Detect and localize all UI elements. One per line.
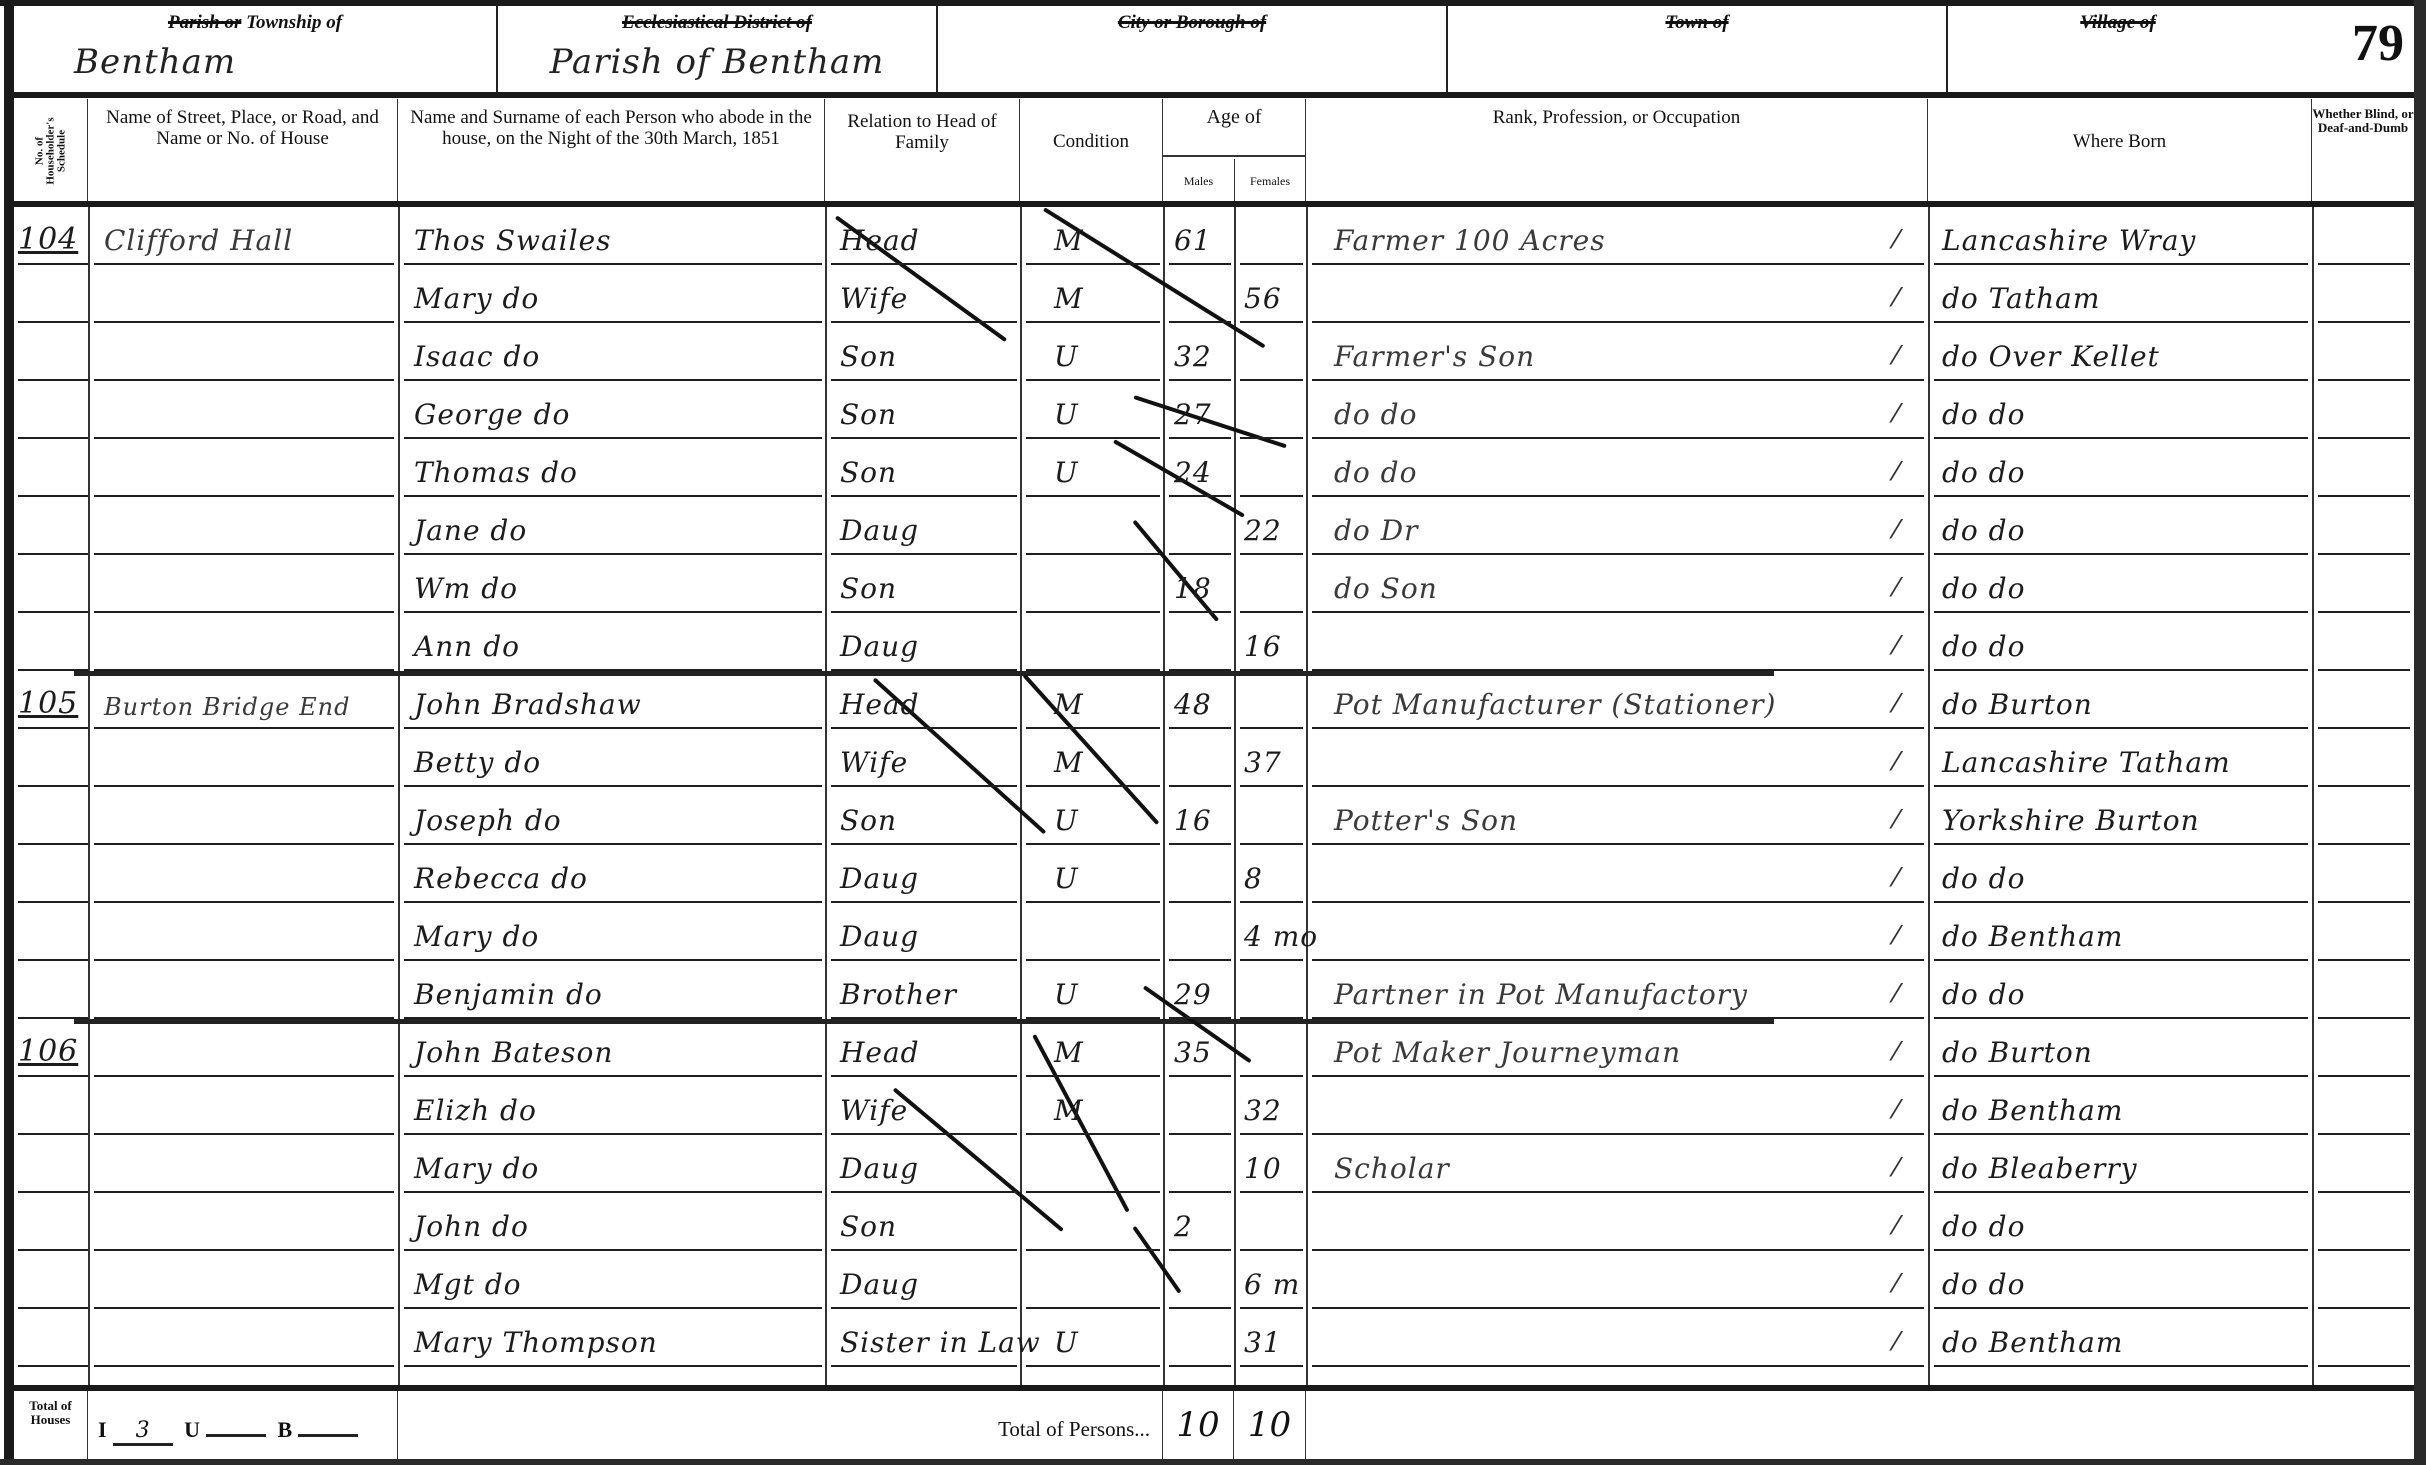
cell-condition: U xyxy=(1054,804,1079,837)
cell-relation: Son xyxy=(840,398,897,431)
row-rule xyxy=(1312,1365,1924,1368)
cell-name: Mgt do xyxy=(414,1268,522,1301)
totals-row: Total of Houses I3 U B Total of Persons.… xyxy=(14,1385,2414,1459)
town-label: Town of xyxy=(1448,12,1946,34)
cell-born: do do xyxy=(1942,630,2025,663)
cell-born: do do xyxy=(1942,1268,2025,1301)
village-label-text: Village of xyxy=(2080,12,2155,33)
cell-born: do do xyxy=(1942,978,2025,1011)
page-border-right xyxy=(2414,0,2426,1465)
census-page: Parish or Township of Bentham Ecclesiast… xyxy=(0,0,2426,1465)
cell-relation: Son xyxy=(840,572,897,605)
col-header-condition: Condition xyxy=(1020,99,1163,203)
cell-name: Mary do xyxy=(414,1152,539,1185)
town-label-text: Town of xyxy=(1665,12,1728,33)
header-district-band: Parish or Township of Bentham Ecclesiast… xyxy=(14,6,2414,93)
table-row: 105Burton Bridge EndJohn BradshawHeadM48… xyxy=(14,671,2414,729)
cell-condition: U xyxy=(1054,1326,1079,1359)
table-row: George doSonU27do dodo do⁄ xyxy=(14,381,2414,439)
total-males: 10 xyxy=(1163,1391,1234,1459)
cell-relation: Daug xyxy=(840,630,919,663)
cell-female: 32 xyxy=(1244,1094,1282,1127)
row-rule xyxy=(18,1365,88,1368)
city-label-text: City or Borough of xyxy=(1118,12,1266,33)
cell-born: do do xyxy=(1942,1210,2025,1243)
col-header-blind: Whether Blind, or Deaf-and-Dumb xyxy=(2312,99,2414,203)
cell-relation: Head xyxy=(840,688,920,721)
col-header-schedule-text: No. of Householder's Schedule xyxy=(34,106,67,196)
cell-female: 22 xyxy=(1244,514,1282,547)
col-header-born: Where Born xyxy=(1928,99,2312,203)
cell-female: 8 xyxy=(1244,862,1263,895)
cell-born: do do xyxy=(1942,514,2025,547)
check-mark-icon: ⁄ xyxy=(1894,979,1898,1009)
cell-born: do do xyxy=(1942,572,2025,605)
cell-relation: Daug xyxy=(840,514,919,547)
cell-relation: Daug xyxy=(840,862,919,895)
cell-male: 32 xyxy=(1174,340,1212,373)
table-row: Isaac doSonU32Farmer's Sondo Over Kellet… xyxy=(14,323,2414,381)
cell-occupation: Scholar xyxy=(1334,1152,1450,1185)
cell-born: Yorkshire Burton xyxy=(1942,804,2200,837)
header-divider xyxy=(14,92,2414,98)
cell-male: 2 xyxy=(1174,1210,1193,1243)
inhabited-label: I xyxy=(98,1417,107,1442)
check-mark-icon: ⁄ xyxy=(1894,457,1898,487)
ecclesiastical-value: Parish of Bentham xyxy=(498,42,936,82)
cell-name: Mary do xyxy=(414,282,539,315)
parish-cell: Parish or Township of Bentham xyxy=(14,6,498,93)
cell-relation: Sister in Law xyxy=(840,1326,1041,1359)
cell-male: 48 xyxy=(1174,688,1212,721)
total-houses-label: Total of Houses xyxy=(14,1391,88,1459)
table-row: Mary ThompsonSister in LawU31do Bentham⁄ xyxy=(14,1309,2414,1367)
cell-relation: Wife xyxy=(840,1094,908,1127)
check-mark-icon: ⁄ xyxy=(1894,515,1898,545)
cell-name: Jane do xyxy=(414,514,527,547)
cell-name: Benjamin do xyxy=(414,978,603,1011)
cell-relation: Head xyxy=(840,1036,920,1069)
cell-condition: M xyxy=(1054,224,1084,257)
check-mark-icon: ⁄ xyxy=(1894,631,1898,661)
col-header-occupation: Rank, Profession, or Occupation xyxy=(1306,99,1928,203)
inhabited-value: 3 xyxy=(113,1418,173,1446)
check-mark-icon: ⁄ xyxy=(1894,747,1898,777)
col-header-age-of: Age of xyxy=(1163,99,1305,157)
parish-label-struck: Parish or xyxy=(168,12,241,33)
cell-relation: Son xyxy=(840,456,897,489)
table-row: Elizh doWifeM32do Bentham⁄ xyxy=(14,1077,2414,1135)
cell-born: do Burton xyxy=(1942,688,2093,721)
table-row: Benjamin doBrotherU29Partner in Pot Manu… xyxy=(14,961,2414,1019)
building-label: B xyxy=(277,1417,292,1442)
cell-name: George do xyxy=(414,398,570,431)
check-mark-icon: ⁄ xyxy=(1894,573,1898,603)
row-rule xyxy=(94,1365,394,1368)
check-mark-icon: ⁄ xyxy=(1894,283,1898,313)
cell-condition: M xyxy=(1054,688,1084,721)
cell-occupation: Potter's Son xyxy=(1334,804,1518,837)
cell-female: 56 xyxy=(1244,282,1282,315)
building-value xyxy=(298,1434,358,1437)
check-mark-icon: ⁄ xyxy=(1894,399,1898,429)
cell-male: 24 xyxy=(1174,456,1212,489)
row-rule xyxy=(1240,1365,1303,1368)
check-mark-icon: ⁄ xyxy=(1894,1269,1898,1299)
table-row: Ann doDaug16do do⁄ xyxy=(14,613,2414,671)
cell-name: Thomas do xyxy=(414,456,578,489)
city-label: City or Borough of xyxy=(938,12,1446,34)
city-cell: City or Borough of xyxy=(938,6,1448,93)
table-row: Mary doWifeM56do Tatham⁄ xyxy=(14,265,2414,323)
cell-name: Betty do xyxy=(414,746,541,779)
page-number: 79 xyxy=(2352,14,2404,73)
cell-schedule: 104 xyxy=(18,222,78,257)
uninhabited-label: U xyxy=(184,1417,200,1442)
cell-name: Thos Swailes xyxy=(414,224,612,257)
census-entries: 104Clifford HallThos SwailesHeadM61Farme… xyxy=(14,207,2414,1385)
cell-relation: Head xyxy=(840,224,920,257)
cell-born: do Bentham xyxy=(1942,1094,2123,1127)
cell-born: do do xyxy=(1942,862,2025,895)
cell-condition: M xyxy=(1054,1094,1084,1127)
cell-name: Isaac do xyxy=(414,340,540,373)
col-header-males: Males xyxy=(1163,159,1235,203)
cell-male: 35 xyxy=(1174,1036,1212,1069)
cell-relation: Wife xyxy=(840,746,908,779)
check-mark-icon: ⁄ xyxy=(1894,341,1898,371)
cell-name: John Bradshaw xyxy=(414,688,642,721)
cell-name: Ann do xyxy=(414,630,520,663)
table-row: Thomas doSonU24do dodo do⁄ xyxy=(14,439,2414,497)
table-row: 106John BatesonHeadM35Pot Maker Journeym… xyxy=(14,1019,2414,1077)
cell-condition: U xyxy=(1054,398,1079,431)
row-rule xyxy=(831,1365,1017,1368)
cell-condition: U xyxy=(1054,456,1079,489)
cell-name: Elizh do xyxy=(414,1094,537,1127)
cell-male: 29 xyxy=(1174,978,1212,1011)
cell-relation: Brother xyxy=(840,978,957,1011)
cell-name: Joseph do xyxy=(414,804,562,837)
cell-condition: M xyxy=(1054,282,1084,315)
cell-occupation: Pot Manufacturer (Stationer) xyxy=(1334,688,1776,721)
check-mark-icon: ⁄ xyxy=(1894,1153,1898,1183)
cell-born: Lancashire Tatham xyxy=(1942,746,2231,779)
row-rule xyxy=(1169,1365,1231,1368)
cell-condition: U xyxy=(1054,862,1079,895)
cell-occupation: do Son xyxy=(1334,572,1438,605)
col-header-age: Age of Males Females xyxy=(1163,99,1306,203)
cell-condition: U xyxy=(1054,978,1079,1011)
cell-relation: Son xyxy=(840,804,897,837)
ecclesiastical-label: Ecclesiastical District of xyxy=(498,12,936,34)
cell-schedule: 105 xyxy=(18,686,78,721)
row-rule xyxy=(2318,1365,2410,1368)
house-counts: I3 U B xyxy=(88,1391,398,1459)
page-border-left xyxy=(4,0,14,1465)
cell-relation: Wife xyxy=(840,282,908,315)
table-row: Wm doSon18do Sondo do⁄ xyxy=(14,555,2414,613)
page-border-bottom xyxy=(0,1459,2426,1465)
cell-female: 31 xyxy=(1244,1326,1282,1359)
parish-label-text: Township of xyxy=(246,12,342,33)
cell-born: do Bentham xyxy=(1942,920,2123,953)
cell-female: 6 m xyxy=(1244,1268,1300,1301)
ecclesiastical-label-text: Ecclesiastical District of xyxy=(622,12,812,33)
cell-name: Rebecca do xyxy=(414,862,588,895)
total-persons-label: Total of Persons... xyxy=(398,1391,1163,1459)
table-row: Betty doWifeM37Lancashire Tatham⁄ xyxy=(14,729,2414,787)
village-label: Village of xyxy=(1948,12,2288,34)
ecclesiastical-cell: Ecclesiastical District of Parish of Ben… xyxy=(498,6,938,93)
check-mark-icon: ⁄ xyxy=(1894,225,1898,255)
cell-street: Burton Bridge End xyxy=(104,693,350,721)
cell-name: Mary Thompson xyxy=(414,1326,658,1359)
cell-occupation: Partner in Pot Manufactory xyxy=(1334,978,1748,1011)
cell-name: John do xyxy=(414,1210,529,1243)
cell-relation: Son xyxy=(840,340,897,373)
total-females: 10 xyxy=(1234,1391,1306,1459)
column-header-row: No. of Householder's Schedule Name of St… xyxy=(14,99,2414,203)
check-mark-icon: ⁄ xyxy=(1894,1211,1898,1241)
check-mark-icon: ⁄ xyxy=(1894,863,1898,893)
cell-occupation: Farmer's Son xyxy=(1334,340,1535,373)
cell-female: 4 mo xyxy=(1244,920,1318,953)
cell-born: do Bentham xyxy=(1942,1326,2123,1359)
col-header-females: Females xyxy=(1234,159,1306,203)
table-row: Jane doDaug22do Drdo do⁄ xyxy=(14,497,2414,555)
table-row: Joseph doSonU16Potter's SonYorkshire Bur… xyxy=(14,787,2414,845)
cell-condition: M xyxy=(1054,1036,1084,1069)
cell-born: do do xyxy=(1942,456,2025,489)
cell-born: do Over Kellet xyxy=(1942,340,2160,373)
cell-occupation: do Dr xyxy=(1334,514,1419,547)
col-header-street: Name of Street, Place, or Road, and Name… xyxy=(88,99,398,203)
parish-label: Parish or Township of xyxy=(14,12,496,34)
cell-born: do Tatham xyxy=(1942,282,2100,315)
check-mark-icon: ⁄ xyxy=(1894,689,1898,719)
cell-born: do Burton xyxy=(1942,1036,2093,1069)
row-rule xyxy=(1934,1365,2308,1368)
cell-relation: Son xyxy=(840,1210,897,1243)
col-header-relation: Relation to Head of Family xyxy=(825,99,1020,203)
parish-value: Bentham xyxy=(14,42,556,82)
cell-female: 37 xyxy=(1244,746,1282,779)
table-row: Mary doDaug4 modo Bentham⁄ xyxy=(14,903,2414,961)
cell-name: Mary do xyxy=(414,920,539,953)
cell-male: 18 xyxy=(1174,572,1212,605)
table-row: 104Clifford HallThos SwailesHeadM61Farme… xyxy=(14,207,2414,265)
table-row: John doSon2do do⁄ xyxy=(14,1193,2414,1251)
cell-name: John Bateson xyxy=(414,1036,613,1069)
cell-condition: U xyxy=(1054,340,1079,373)
cell-schedule: 106 xyxy=(18,1034,78,1069)
cell-occupation: do do xyxy=(1334,398,1417,431)
cell-occupation: do do xyxy=(1334,456,1417,489)
cell-street: Clifford Hall xyxy=(104,224,293,257)
check-mark-icon: ⁄ xyxy=(1894,1037,1898,1067)
cell-occupation: Pot Maker Journeyman xyxy=(1334,1036,1681,1069)
cell-male: 27 xyxy=(1174,398,1212,431)
cell-male: 16 xyxy=(1174,804,1212,837)
cell-relation: Daug xyxy=(840,1152,919,1185)
check-mark-icon: ⁄ xyxy=(1894,1095,1898,1125)
cell-born: do Bleaberry xyxy=(1942,1152,2138,1185)
table-row: Mary doDaug10Scholardo Bleaberry⁄ xyxy=(14,1135,2414,1193)
col-header-schedule: No. of Householder's Schedule xyxy=(14,99,88,203)
cell-occupation: Farmer 100 Acres xyxy=(1334,224,1606,257)
cell-relation: Daug xyxy=(840,1268,919,1301)
table-row: Mgt doDaug6 mdo do⁄ xyxy=(14,1251,2414,1309)
table-row: Rebecca doDaugU8do do⁄ xyxy=(14,845,2414,903)
col-header-name: Name and Surname of each Person who abod… xyxy=(398,99,825,203)
check-mark-icon: ⁄ xyxy=(1894,921,1898,951)
cell-condition: M xyxy=(1054,746,1084,779)
town-cell: Town of xyxy=(1448,6,1948,93)
uninhabited-value xyxy=(206,1434,266,1437)
cell-female: 16 xyxy=(1244,630,1282,663)
cell-female: 10 xyxy=(1244,1152,1282,1185)
cell-born: do do xyxy=(1942,398,2025,431)
cell-born: Lancashire Wray xyxy=(1942,224,2196,257)
check-mark-icon: ⁄ xyxy=(1894,805,1898,835)
cell-relation: Daug xyxy=(840,920,919,953)
cell-name: Wm do xyxy=(414,572,518,605)
village-cell: Village of 79 xyxy=(1948,6,2414,93)
cell-male: 61 xyxy=(1174,224,1212,257)
row-rule xyxy=(404,1365,822,1368)
row-rule xyxy=(1026,1365,1160,1368)
check-mark-icon: ⁄ xyxy=(1894,1327,1898,1357)
